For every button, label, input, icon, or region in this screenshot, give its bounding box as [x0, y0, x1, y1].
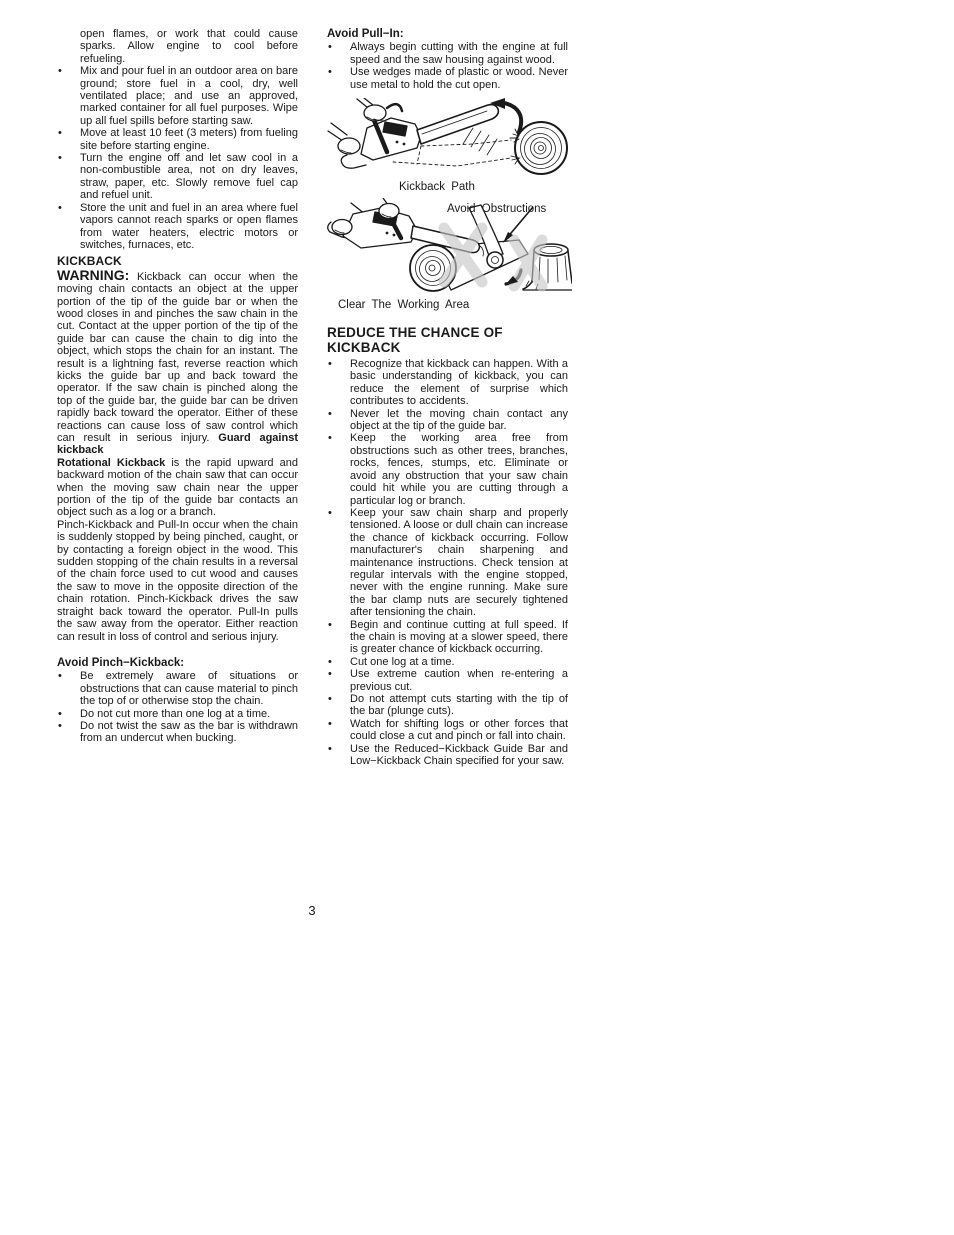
- operator-hand: [379, 204, 399, 219]
- operator-hand: [332, 220, 352, 235]
- list-item-text: Use wedges made of plastic or wood. Neve…: [350, 66, 568, 90]
- avoid-obstructions-label: Avoid Obstructions: [447, 203, 546, 215]
- kickback-path-figure: Kickback Path: [327, 98, 568, 194]
- list-item: Use the Reduced−Kickback Guide Bar and L…: [327, 743, 568, 768]
- warning-label: WARNING:: [57, 267, 129, 283]
- operator-hand: [338, 138, 360, 154]
- rotational-kickback-paragraph: Rotational Kickback is the rapid upward …: [57, 457, 298, 519]
- list-item-text: Begin and continue cutting at full speed…: [350, 619, 568, 656]
- list-item-text: Always begin cutting with the engine at …: [350, 41, 568, 65]
- figure-caption: Clear The Working Area: [327, 299, 568, 312]
- list-item-text: Use extreme caution when re-entering a p…: [350, 668, 568, 692]
- list-item: Cut one log at a time.: [327, 656, 568, 668]
- list-item-text: Never let the moving chain contact any o…: [350, 408, 568, 432]
- list-item-text: Cut one log at a time.: [350, 656, 455, 668]
- list-item-text: Mix and pour fuel in an outdoor area on …: [80, 65, 298, 127]
- manual-page: open flames, or work that could cause sp…: [0, 0, 954, 1235]
- list-item: Do not attempt cuts starting with the ti…: [327, 693, 568, 718]
- log-end-illustration: [515, 122, 567, 174]
- list-item: Do not cut more than one log at a time.: [57, 708, 298, 720]
- list-item-text: Move at least 10 feet (3 meters) from fu…: [80, 127, 298, 151]
- list-item: Do not twist the saw as the bar is withd…: [57, 720, 298, 745]
- warning-paragraph: WARNING: Kickback can occur when the mov…: [57, 269, 298, 457]
- list-item: Always begin cutting with the engine at …: [327, 41, 568, 66]
- list-item: Keep the working area free from obstruct…: [327, 432, 568, 506]
- fuel-continuation-paragraph: open flames, or work that could cause sp…: [57, 28, 298, 65]
- figure-caption: Kickback Path: [327, 181, 568, 194]
- list-item-text: Do not attempt cuts starting with the ti…: [350, 693, 568, 717]
- list-item-text: Store the unit and fuel in an area where…: [80, 202, 298, 251]
- list-item: Recognize that kickback can happen. With…: [327, 358, 568, 408]
- list-item: Store the unit and fuel in an area where…: [57, 202, 298, 252]
- avoid-pinch-kickback-heading: Avoid Pinch−Kickback:: [57, 657, 298, 669]
- right-column: Avoid Pull−In: Always begin cutting with…: [327, 28, 568, 767]
- avoid-pull-in-heading: Avoid Pull−In:: [327, 28, 568, 40]
- kickback-path-illustration: [327, 98, 572, 180]
- list-item-text: Do not twist the saw as the bar is withd…: [80, 720, 298, 744]
- list-item: Mix and pour fuel in an outdoor area on …: [57, 65, 298, 127]
- list-item: Use wedges made of plastic or wood. Neve…: [327, 66, 568, 91]
- list-item: Use extreme caution when re-entering a p…: [327, 668, 568, 693]
- kickback-arrow: [504, 103, 521, 132]
- list-item-text: Keep the working area free from obstruct…: [350, 432, 568, 506]
- list-item: Move at least 10 feet (3 meters) from fu…: [57, 127, 298, 152]
- left-column: open flames, or work that could cause sp…: [57, 28, 298, 745]
- list-item-text: Recognize that kickback can happen. With…: [350, 358, 568, 407]
- list-item: Never let the moving chain contact any o…: [327, 408, 568, 433]
- guide-bar: [417, 105, 498, 144]
- list-item-text: Keep your saw chain sharp and properly t…: [350, 507, 568, 618]
- reduce-chance-heading: REDUCE THE CHANCE OF KICKBACK: [327, 325, 568, 355]
- list-item-text: Use the Reduced−Kickback Guide Bar and L…: [350, 743, 568, 767]
- operator-hand: [364, 105, 386, 121]
- list-item: Be extremely aware of situations or obst…: [57, 670, 298, 707]
- list-item-text: Do not cut more than one log at a time.: [80, 708, 270, 720]
- list-item-text: Be extremely aware of situations or obst…: [80, 670, 298, 707]
- clear-working-area-figure: Avoid Obstructions: [327, 198, 568, 312]
- page-number: 3: [300, 903, 324, 918]
- list-item: Watch for shifting logs or other forces …: [327, 718, 568, 743]
- list-item-text: Turn the engine off and let saw cool in …: [80, 152, 298, 201]
- list-item: Turn the engine off and let saw cool in …: [57, 152, 298, 202]
- list-item: Begin and continue cutting at full speed…: [327, 619, 568, 656]
- rotational-kickback-label: Rotational Kickback: [57, 457, 165, 469]
- warning-text: Kickback can occur when the moving chain…: [57, 271, 298, 444]
- list-item: Keep your saw chain sharp and properly t…: [327, 507, 568, 619]
- pinch-kickback-paragraph: Pinch-Kickback and Pull-In occur when th…: [57, 519, 298, 643]
- list-item-text: Watch for shifting logs or other forces …: [350, 718, 568, 742]
